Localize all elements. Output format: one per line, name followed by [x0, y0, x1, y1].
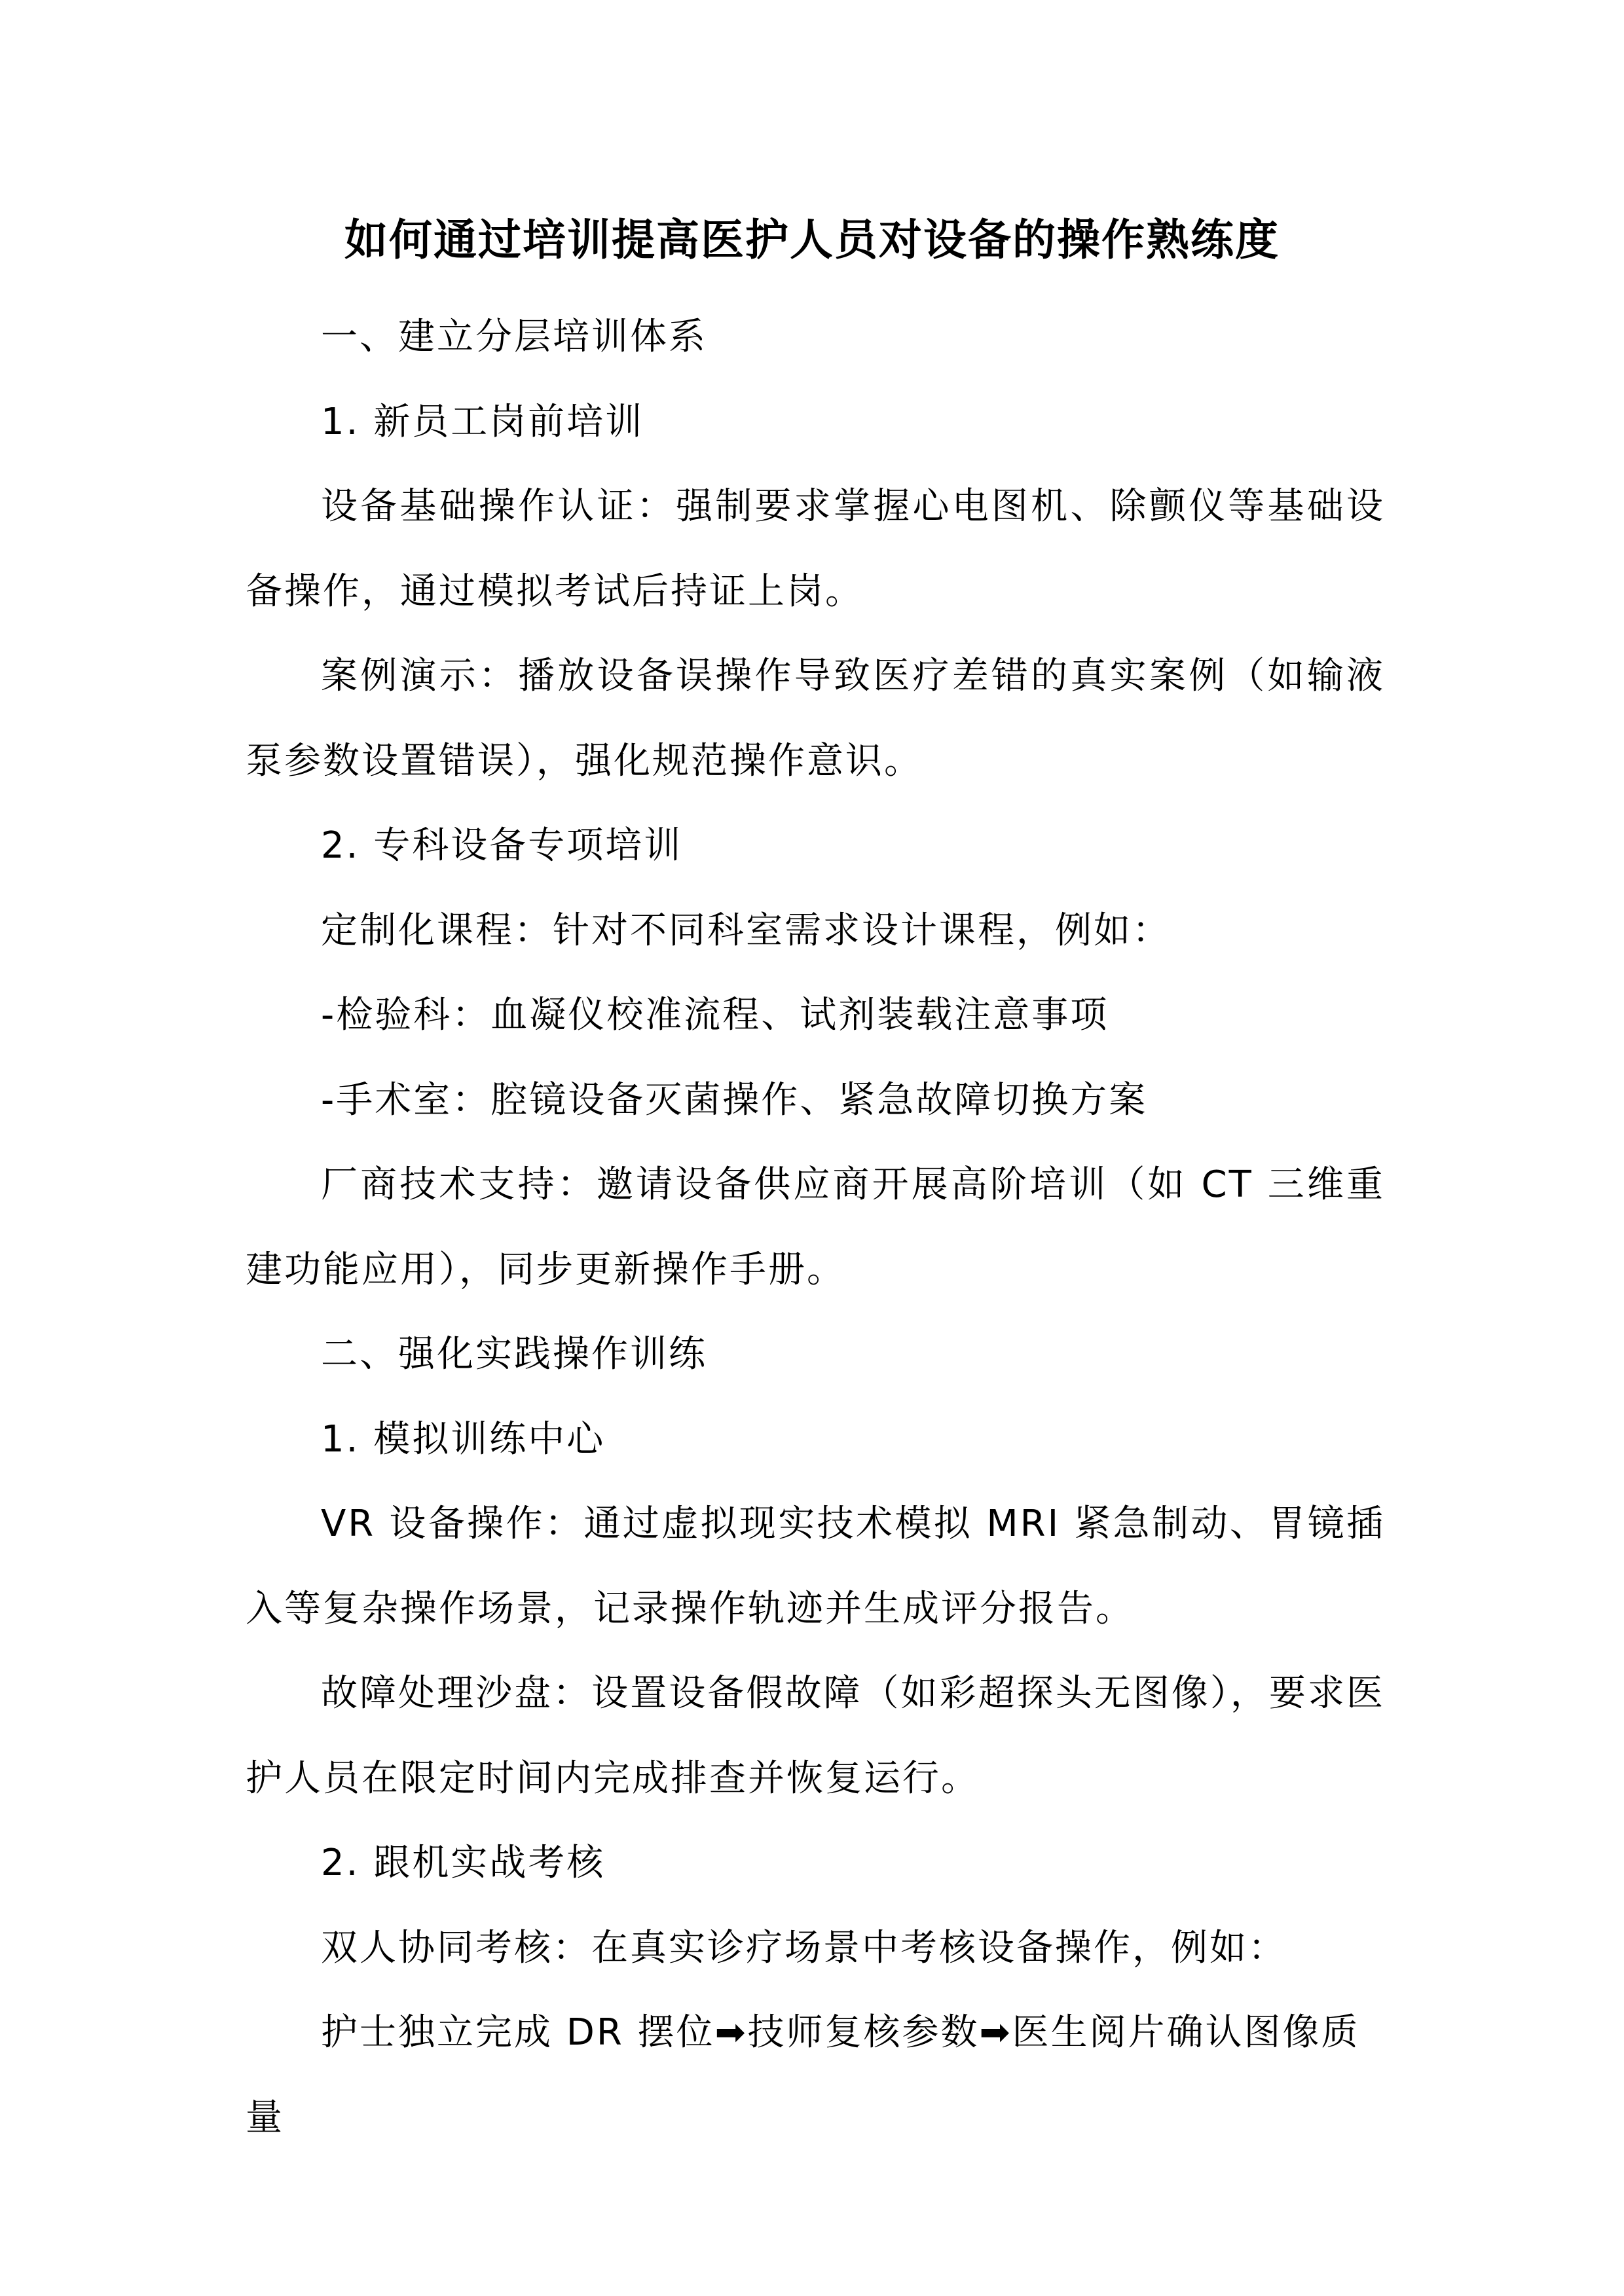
subsection-heading-1-1: 1. 新员工岗前培训 [246, 380, 1385, 465]
paragraph-basic-certification: 设备基础操作认证：强制要求掌握心电图机、除颤仪等基础设备操作，通过模拟考试后持证… [246, 464, 1385, 634]
document-title: 如何通过培训提高医护人员对设备的操作熟练度 [0, 208, 1624, 271]
subsection-heading-1-2: 2. 专科设备专项培训 [246, 803, 1385, 888]
list-item-lab: -检验科：血凝仪校准流程、试剂装载注意事项 [246, 973, 1385, 1058]
paragraph-workflow-example: 护士独立完成 DR 摆位➡技师复核参数➡医生阅片确认图像质量 [246, 1990, 1385, 2160]
subsection-heading-2-1: 1. 模拟训练中心 [246, 1397, 1385, 1482]
paragraph-case-demo: 案例演示：播放设备误操作导致医疗差错的真实案例（如输液泵参数设置错误），强化规范… [246, 634, 1385, 803]
paragraph-custom-courses: 定制化课程：针对不同科室需求设计课程，例如： [246, 888, 1385, 974]
list-item-operating-room: -手术室：腔镜设备灭菌操作、紧急故障切换方案 [246, 1058, 1385, 1143]
section-heading-2: 二、强化实践操作训练 [246, 1312, 1385, 1397]
paragraph-vr-operation: VR 设备操作：通过虚拟现实技术模拟 MRI 紧急制动、胃镜插入等复杂操作场景，… [246, 1482, 1385, 1651]
document-body: 一、建立分层培训体系 1. 新员工岗前培训 设备基础操作认证：强制要求掌握心电图… [246, 295, 1385, 2160]
subsection-heading-2-2: 2. 跟机实战考核 [246, 1821, 1385, 1906]
section-heading-1: 一、建立分层培训体系 [246, 295, 1385, 380]
paragraph-vendor-support: 厂商技术支持：邀请设备供应商开展高阶培训（如 CT 三维重建功能应用），同步更新… [246, 1142, 1385, 1312]
paragraph-fault-sandbox: 故障处理沙盘：设置设备假故障（如彩超探头无图像），要求医护人员在限定时间内完成排… [246, 1651, 1385, 1821]
document-page: 如何通过培训提高医护人员对设备的操作熟练度 一、建立分层培训体系 1. 新员工岗… [0, 0, 1624, 2296]
paragraph-dual-assessment: 双人协同考核：在真实诊疗场景中考核设备操作，例如： [246, 1906, 1385, 1991]
